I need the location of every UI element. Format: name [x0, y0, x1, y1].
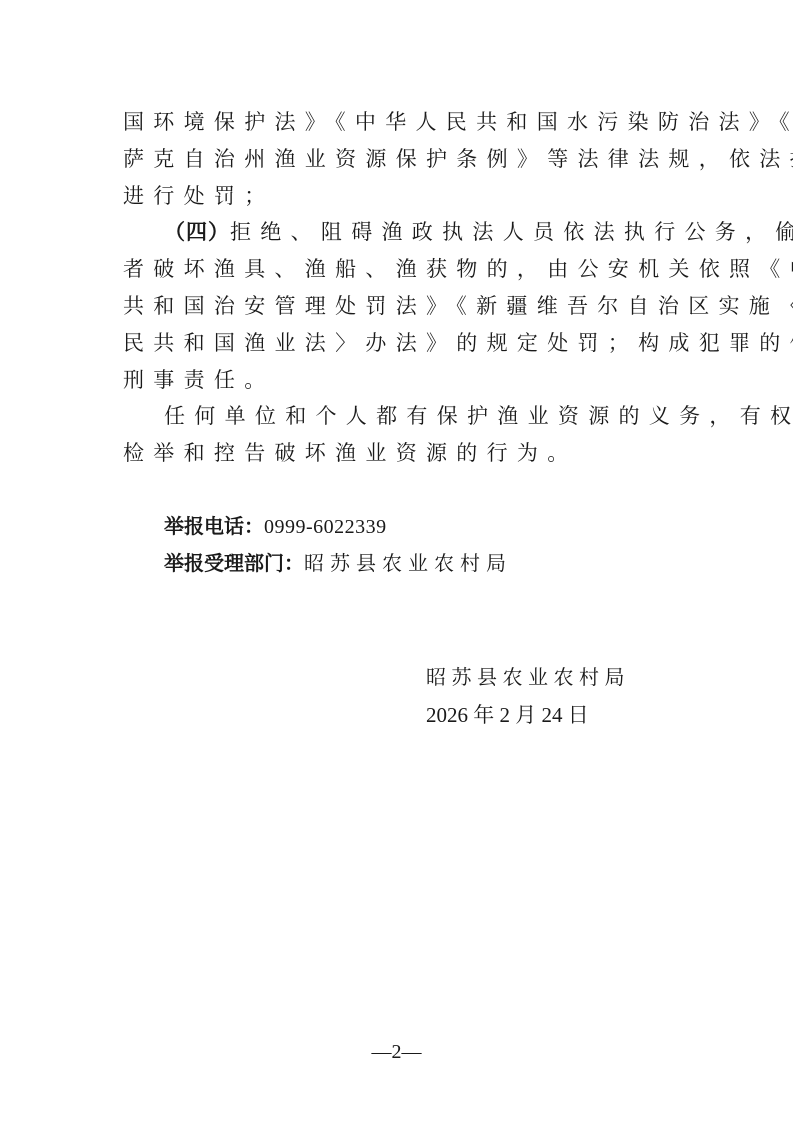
page-number: —2—	[0, 1040, 793, 1064]
item-label: （四）	[164, 220, 230, 244]
text-span: 拒绝、阻碍渔政执法人员依法执行公务，偷窃或	[230, 220, 793, 244]
paragraph-legal-basis: 国环境保护法》《中华人民共和国水污染防治法》《伊犁哈 萨克自治州渔业资源保护条例…	[123, 104, 683, 215]
text-line: 国环境保护法》《中华人民共和国水污染防治法》《伊犁哈	[123, 104, 683, 141]
department-value: 昭苏县农业农村局	[304, 551, 512, 575]
text-line: 民共和国渔业法〉办法》的规定处罚；构成犯罪的依法追究	[123, 325, 683, 362]
date-text: 2026 年 2 月 24 日	[426, 703, 589, 727]
text-line: 萨克自治州渔业资源保护条例》等法律法规，依法按照规定	[123, 141, 683, 178]
text-line: （四）拒绝、阻碍渔政执法人员依法执行公务，偷窃或	[123, 214, 683, 251]
text-line: 共和国治安管理处罚法》《新疆维吾尔自治区实施〈中华人	[123, 288, 683, 325]
text-line: 进行处罚；	[123, 178, 683, 215]
signature-date: 2026 年 2 月 24 日	[426, 697, 589, 734]
text-line: 刑事责任。	[123, 362, 683, 399]
paragraph-public-duty: 任何单位和个人都有保护渔业资源的义务，有权制止、 检举和控告破坏渔业资源的行为。	[123, 398, 683, 472]
document-page: 国环境保护法》《中华人民共和国水污染防治法》《伊犁哈 萨克自治州渔业资源保护条例…	[0, 0, 793, 1122]
text-line: 者破坏渔具、渔船、渔获物的，由公安机关依照《中华人民	[123, 251, 683, 288]
text-line: 任何单位和个人都有保护渔业资源的义务，有权制止、	[123, 398, 683, 435]
department-label: 举报受理部门：	[164, 551, 304, 575]
report-department: 举报受理部门：昭苏县农业农村局	[164, 545, 512, 582]
text-line: 检举和控告破坏渔业资源的行为。	[123, 435, 683, 472]
signature-organization: 昭苏县农业农村局	[426, 659, 630, 696]
phone-value: 0999-6022339	[264, 516, 387, 538]
paragraph-item-four: （四）拒绝、阻碍渔政执法人员依法执行公务，偷窃或 者破坏渔具、渔船、渔获物的，由…	[123, 214, 683, 399]
report-phone: 举报电话：0999-6022339	[164, 508, 387, 545]
phone-label: 举报电话：	[164, 514, 264, 538]
